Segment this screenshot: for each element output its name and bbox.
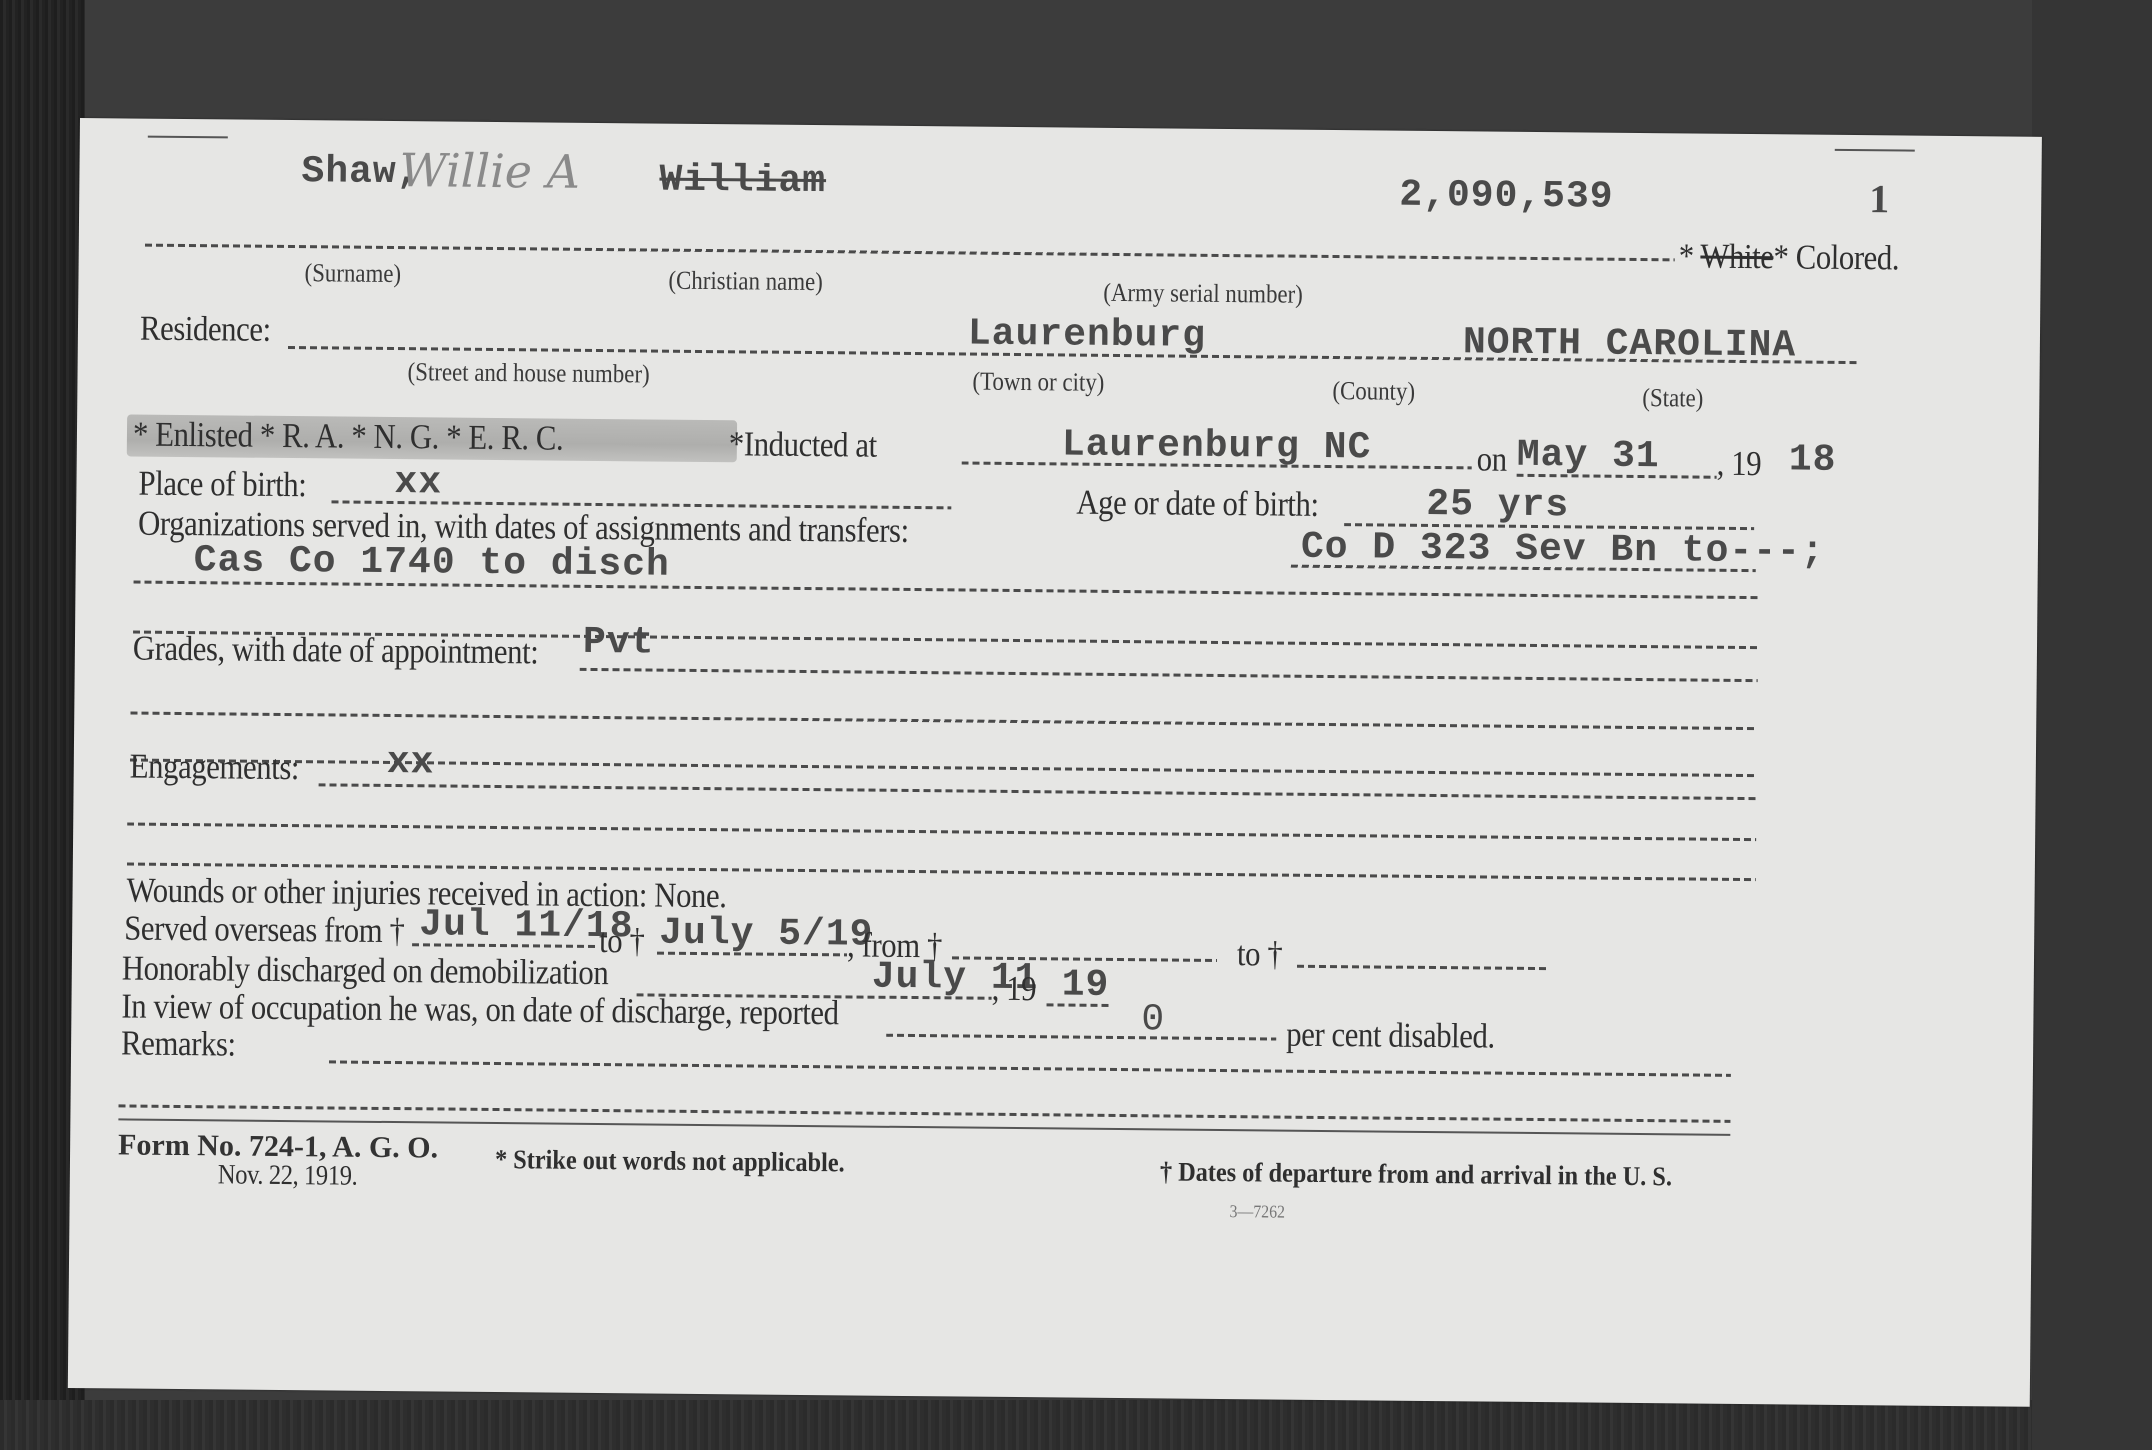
age-label: Age or date of birth: (1076, 483, 1319, 525)
place-of-birth-value: xx (394, 461, 442, 504)
residence-label: Residence: (140, 309, 271, 350)
christian-name-typed-struck: William (659, 159, 826, 204)
service-record-card: Shaw, Willie A William 2,090,539 1 * Whi… (68, 118, 2042, 1407)
christian-name-handwritten: Willie A (399, 143, 580, 199)
scan-background-right (2032, 0, 2152, 1450)
age-value: 25 yrs (1426, 483, 1569, 527)
top-left-rule (148, 136, 228, 139)
overseas-to-label-2: to † (1237, 934, 1283, 974)
card-number: 1 (1869, 175, 1890, 222)
race-asterisk-1: * (1679, 236, 1694, 275)
organizations-line-2: Cas Co 1740 to disch (194, 539, 670, 587)
race-asterisk-2: * (1773, 237, 1788, 276)
remarks-line-1 (329, 1060, 1731, 1076)
form-date: Nov. 22, 1919. (218, 1159, 358, 1192)
disability-suffix: per cent disabled. (1286, 1015, 1495, 1057)
grades-line-3 (130, 759, 1757, 778)
scan-background-bottom (0, 1400, 2152, 1450)
engagements-line-2 (127, 822, 1756, 841)
caption-christian-name: (Christian name) (668, 266, 823, 297)
top-right-rule (1835, 149, 1915, 152)
engagements-value: xx (387, 741, 435, 784)
caption-surname: (Surname) (304, 258, 401, 289)
grades-label: Grades, with date of appointment: (133, 629, 539, 673)
residence-town: Laurenburg (968, 313, 1206, 358)
caption-county: (County) (1332, 376, 1415, 407)
caption-state: (State) (1642, 383, 1703, 414)
race-field: * White* Colored. (1679, 236, 1900, 278)
inducted-date-line (1517, 474, 1717, 479)
overseas-from-1-line (412, 943, 597, 948)
discharge-year-suffix: 19 (1062, 963, 1110, 1006)
discharge-year-line (1047, 1003, 1112, 1007)
caption-serial-number: (Army serial number) (1103, 278, 1303, 310)
enlistment-options-struck: * Enlisted * R. A. * N. G. * E. R. C. (133, 415, 564, 459)
grades-line-2 (130, 712, 1757, 731)
inducted-year-suffix: 18 (1789, 438, 1837, 481)
organizations-line-2-rule (134, 581, 1759, 600)
remarks-label: Remarks: (121, 1023, 236, 1064)
discharge-year-prefix: , 19 (991, 969, 1036, 1009)
race-colored: Colored. (1796, 237, 1900, 277)
overseas-to-1: July 5/19 (659, 912, 874, 957)
residence-state: NORTH CAROLINA (1463, 321, 1797, 367)
grades-line-1 (580, 668, 1758, 682)
print-code: 3—7262 (1229, 1201, 1285, 1223)
inducted-at-label: *Inducted at (729, 424, 877, 465)
engagements-line-1 (319, 783, 1757, 800)
footnote-dates-departure: † Dates of departure from and arrival in… (1160, 1156, 1672, 1192)
inducted-year-prefix: , 19 (1717, 444, 1762, 484)
caption-street: (Street and house number) (407, 357, 649, 389)
race-white-struck: White (1700, 237, 1773, 277)
inducted-date: May 31 (1517, 434, 1660, 478)
army-serial-number: 2,090,539 (1399, 174, 1614, 219)
disability-value: 0 (1141, 998, 1165, 1041)
place-of-birth-label: Place of birth: (138, 464, 306, 506)
caption-town: (Town or city) (972, 367, 1104, 398)
engagements-label: Engagements: (130, 747, 300, 789)
footnote-strike-out: * Strike out words not applicable. (495, 1144, 845, 1178)
disability-line (886, 1034, 1276, 1041)
overseas-label: Served overseas from † (124, 908, 405, 951)
inducted-on-label: on (1477, 439, 1507, 479)
grades-value: Pvt (583, 621, 655, 665)
overseas-to-1-line (657, 952, 847, 957)
overseas-to-2-line (1297, 965, 1547, 970)
